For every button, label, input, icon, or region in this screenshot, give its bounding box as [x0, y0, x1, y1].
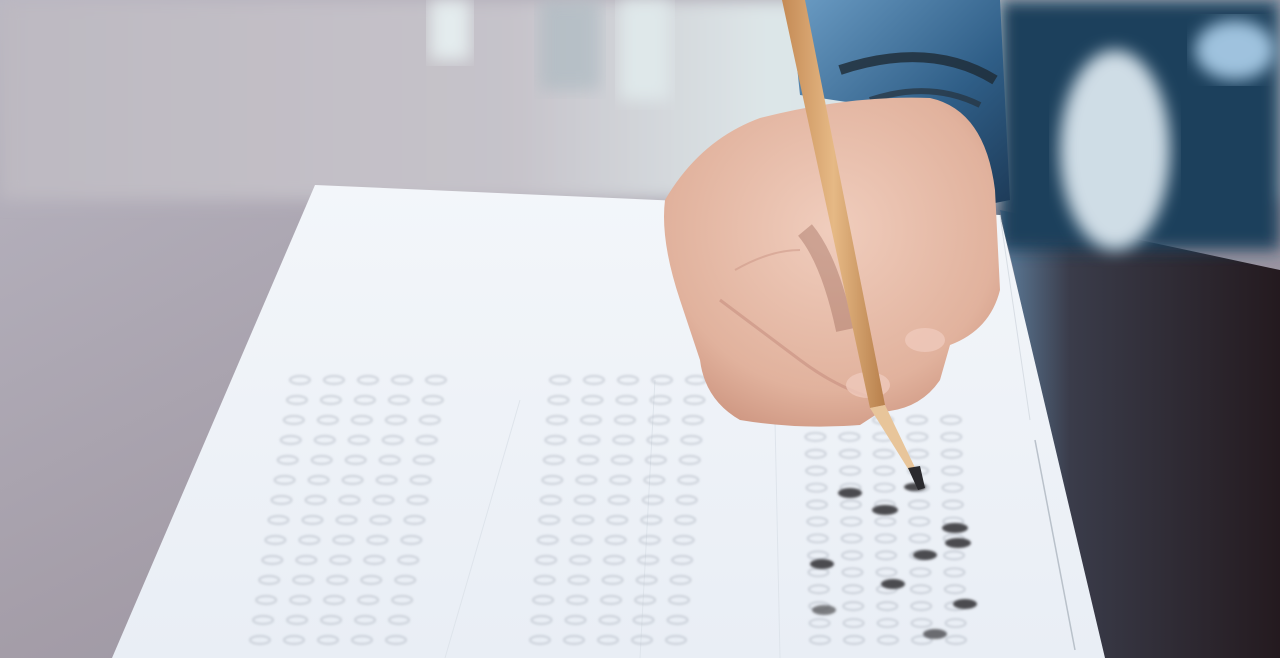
- photo-scene: [0, 0, 1280, 658]
- photo-canvas: [0, 0, 1280, 658]
